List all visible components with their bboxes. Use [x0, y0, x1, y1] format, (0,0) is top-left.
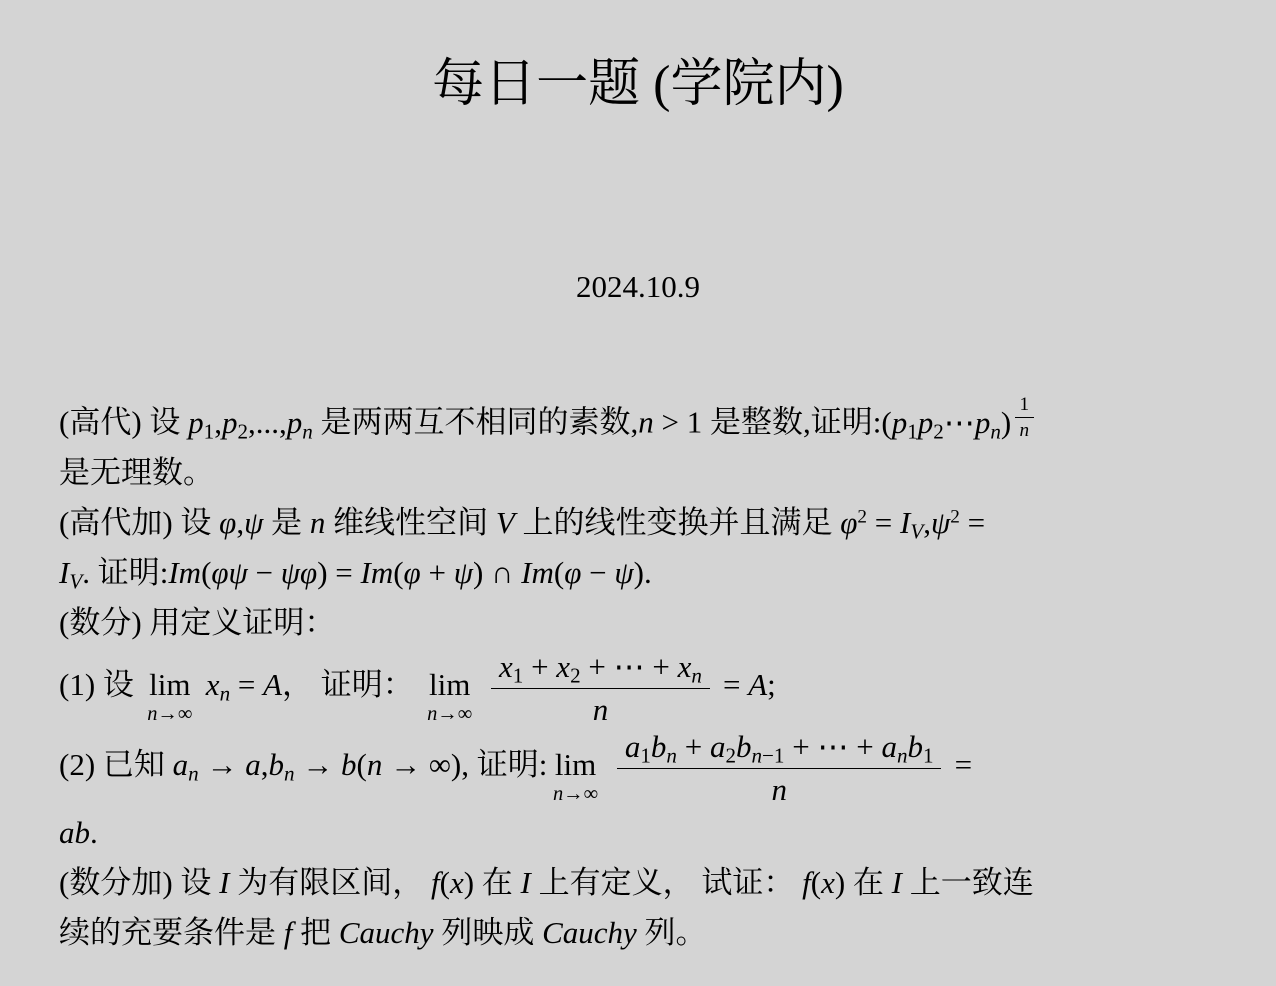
problem-line-8: ab. — [59, 808, 1236, 858]
problem-line-1: (高代) 设 p1,p2,...,pn 是两两互不相同的素数,n > 1 是整数… — [59, 393, 1236, 448]
problem-line-9: (数分加) 设 I 为有限区间， f(x) 在 I 上有定义， 试证： f(x)… — [59, 858, 1236, 908]
problem-line-10: 续的充要条件是 f 把 Cauchy 列映成 Cauchy 列。 — [59, 908, 1236, 958]
document-page: 每日一题 (学院内) 2024.10.9 (高代) 设 p1,p2,...,pn… — [0, 0, 1276, 986]
problems-body: (高代) 设 p1,p2,...,pn 是两两互不相同的素数,n > 1 是整数… — [59, 393, 1236, 958]
problem-line-6: (1) 设 limn→∞ xn = A， 证明： limn→∞ x1 + x2 … — [59, 648, 1236, 728]
page-title: 每日一题 (学院内) — [0, 0, 1276, 117]
document-date: 2024.10.9 — [0, 267, 1276, 307]
problem-line-5: (数分) 用定义证明： — [59, 598, 1236, 648]
problem-line-7: (2) 已知 an → a,bn → b(n → ∞), 证明:limn→∞ a… — [59, 728, 1236, 808]
problem-line-3: (高代加) 设 φ,ψ 是 n 维线性空间 V 上的线性变换并且满足 φ2 = … — [59, 498, 1236, 548]
problem-line-2: 是无理数。 — [59, 448, 1236, 498]
problem-line-4: IV. 证明:Im(φψ − ψφ) = Im(φ + ψ) ∩ Im(φ − … — [59, 548, 1236, 598]
